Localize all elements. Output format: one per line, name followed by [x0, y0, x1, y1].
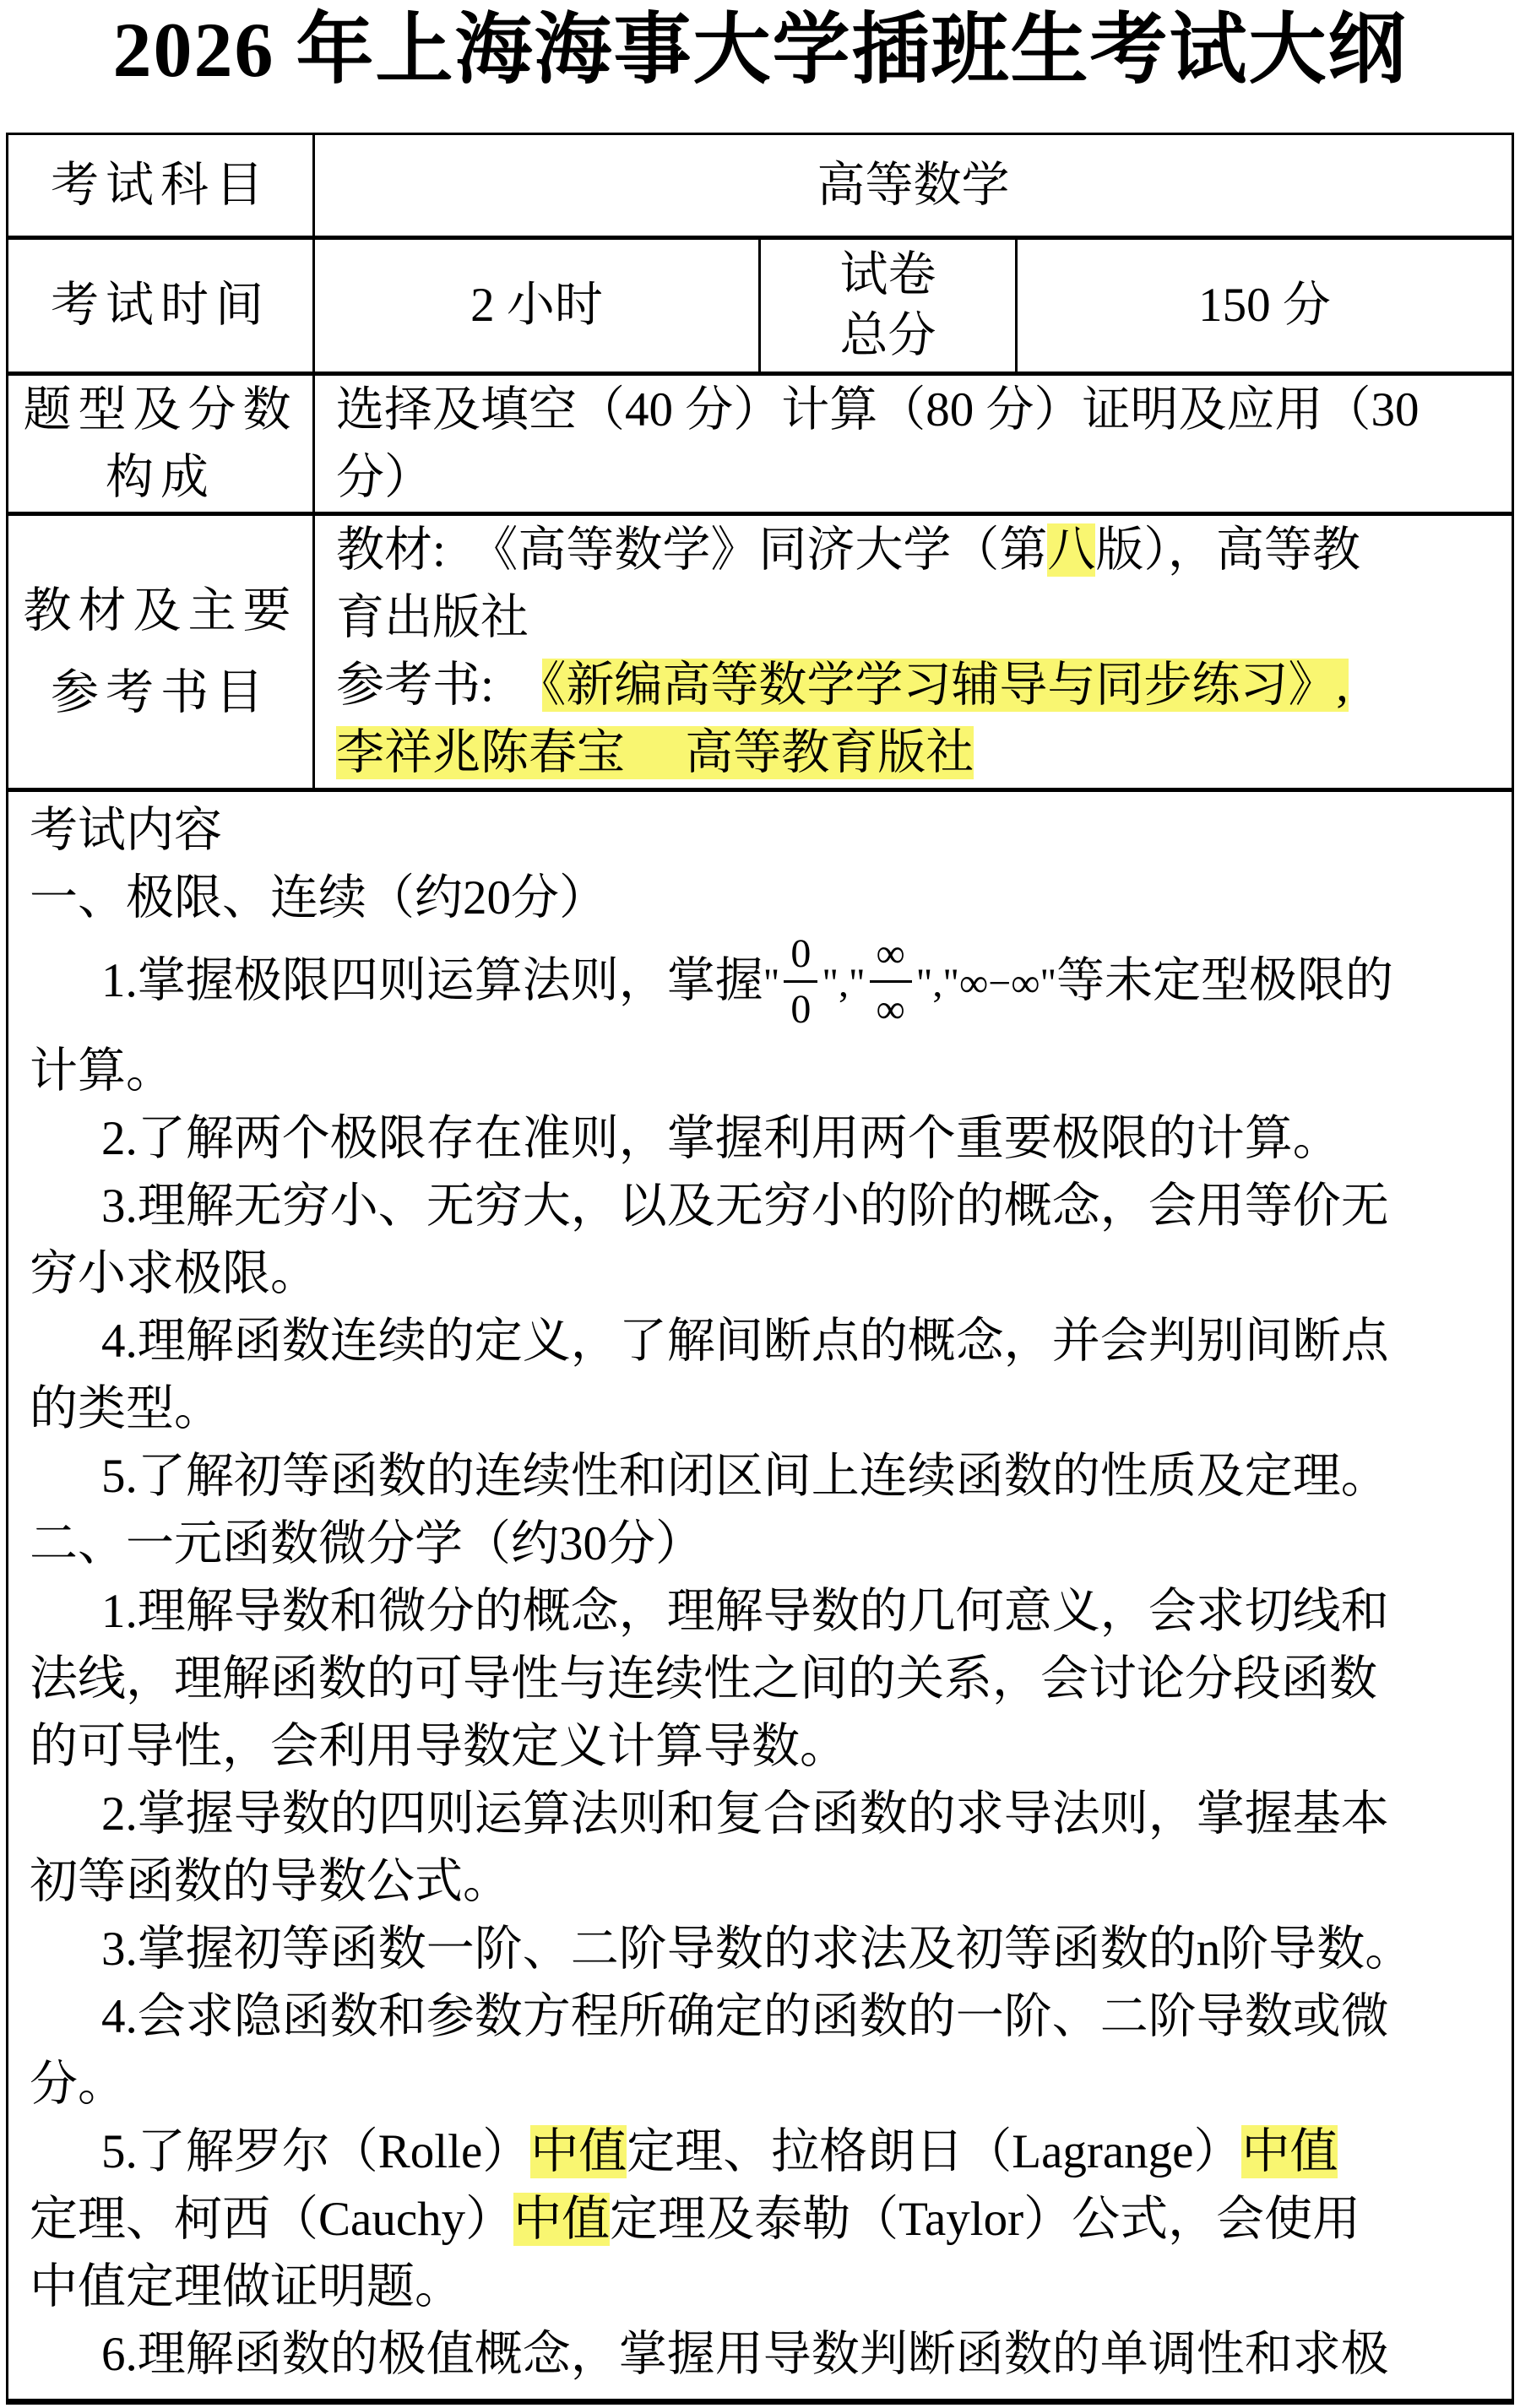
- text-line: 教材: 《高等数学》同济大学（第八版），高等教: [315, 517, 1512, 584]
- text-line: 的可导性，会利用导数定义计算导数。: [8, 1713, 1512, 1781]
- fraction: 00: [784, 929, 817, 1034]
- materials-value: 教材: 《高等数学》同济大学（第八版），高等教育出版社参考书: 《新编高等数学学…: [315, 516, 1512, 788]
- text-run: 等未定型极限的: [1056, 954, 1393, 1007]
- total-score-label: 试卷 总分: [761, 240, 1018, 372]
- text-run: 初等函数的导数公式。: [30, 1855, 511, 1908]
- text-line: 4.理解函数连续的定义，了解间断点的概念，并会判别间断点: [8, 1308, 1512, 1375]
- table-row-materials: 教材及主要 参考书目 教材: 《高等数学》同济大学（第八版），高等教育出版社参考…: [8, 512, 1512, 788]
- text-line: 计算。: [8, 1038, 1512, 1105]
- math-text: ": [763, 961, 780, 1006]
- text-line: 中值定理做证明题。: [8, 2253, 1512, 2321]
- text-line: 分。: [8, 2051, 1512, 2118]
- text-run: 定理、拉格朗日（Lagrange）: [627, 2125, 1241, 2178]
- text-run: 3.理解无穷小、无穷大，以及无穷小的阶的概念，会用等价无: [101, 1180, 1389, 1233]
- text-line: 分）: [315, 444, 1512, 512]
- text-run: 的类型。: [30, 1382, 222, 1435]
- text-run: 中值定理做证明题。: [30, 2260, 463, 2313]
- text-line: 1.理解导数和微分的概念，理解导数的几何意义，会求切线和: [8, 1578, 1512, 1646]
- table-row-exam-content: 考试内容一、极限、连续（约20分）1.掌握极限四则运算法则，掌握"00","∞∞…: [8, 788, 1512, 2399]
- text-line: 穷小求极限。: [8, 1240, 1512, 1308]
- text-run: 5.了解初等函数的连续性和闭区间上连续函数的性质及定理。: [101, 1450, 1389, 1503]
- text-run: 3.掌握初等函数一阶、二阶导数的求法及初等函数的n阶导数。: [101, 1923, 1413, 1976]
- exam-subject-value: 高等数学: [315, 135, 1512, 236]
- text-line: 二、一元函数微分学（约30分）: [8, 1510, 1512, 1578]
- text-line: 3.理解无穷小、无穷大，以及无穷小的阶的概念，会用等价无: [8, 1173, 1512, 1240]
- table-row-duration: 考试时间 2 小时 试卷 总分 150 分: [8, 236, 1512, 372]
- highlighted-text: 中值: [1241, 2125, 1338, 2178]
- text-line: 育出版社: [315, 584, 1512, 652]
- syllabus-table: 考试科目 高等数学 考试时间 2 小时 试卷 总分 150 分 题型及分数 构成…: [6, 133, 1514, 2405]
- text-line: 初等函数的导数公式。: [8, 1848, 1512, 1916]
- text-line: 1.掌握极限四则运算法则，掌握"00","∞∞","∞−∞"等未定型极限的: [8, 932, 1512, 1038]
- text-run: 考试内容: [30, 804, 222, 857]
- text-run: 计算。: [30, 1044, 174, 1098]
- text-line: 的类型。: [8, 1375, 1512, 1443]
- question-types-value: 选择及填空（40 分）计算（80 分）证明及应用（30分）: [315, 376, 1512, 512]
- total-score-value: 150 分: [1018, 240, 1512, 372]
- text-run: 4.理解函数连续的定义，了解间断点的概念，并会判别间断点: [101, 1315, 1389, 1368]
- text-run: 的可导性，会利用导数定义计算导数。: [30, 1720, 848, 1773]
- highlighted-text: 中值: [513, 2193, 610, 2246]
- table-row-subject: 考试科目 高等数学: [8, 135, 1512, 236]
- fraction: ∞∞: [870, 929, 912, 1034]
- text-line: 6.理解函数的极值概念，掌握用导数判断函数的单调性和求极: [8, 2321, 1512, 2389]
- text-run: 选择及填空（40 分）计算（80 分）证明及应用（30: [336, 383, 1420, 437]
- exam-duration-value: 2 小时: [315, 240, 761, 372]
- text-run: 1.掌握极限四则运算法则，掌握: [101, 954, 763, 1007]
- question-types-label: 题型及分数 构成: [8, 376, 315, 512]
- math-text: ",": [822, 961, 865, 1006]
- text-run: 分）: [336, 451, 432, 504]
- highlighted-text: 中值: [530, 2125, 627, 2178]
- exam-subject-label: 考试科目: [8, 135, 315, 236]
- text-run: 育出版社: [336, 591, 529, 644]
- text-run: 分。: [30, 2058, 126, 2111]
- text-line: 3.掌握初等函数一阶、二阶导数的求法及初等函数的n阶导数。: [8, 1916, 1512, 1983]
- highlighted-text: 八: [1047, 523, 1095, 577]
- text-run: 教材: 《高等数学》同济大学（第: [336, 523, 1047, 577]
- text-line: 2.了解两个极限存在准则，掌握利用两个重要极限的计算。: [8, 1105, 1512, 1173]
- table-row-question-types: 题型及分数 构成 选择及填空（40 分）计算（80 分）证明及应用（30分）: [8, 372, 1512, 512]
- materials-label: 教材及主要 参考书目: [8, 516, 315, 788]
- exam-duration-label: 考试时间: [8, 240, 315, 372]
- text-line: 一、极限、连续（约20分）: [8, 865, 1512, 932]
- exam-content-section: 考试内容一、极限、连续（约20分）1.掌握极限四则运算法则，掌握"00","∞∞…: [8, 792, 1512, 2389]
- text-run: 1.理解导数和微分的概念，理解导数的几何意义，会求切线和: [101, 1585, 1389, 1638]
- text-line: 选择及填空（40 分）计算（80 分）证明及应用（30: [315, 377, 1512, 444]
- text-line: 法线，理解函数的可导性与连续性之间的关系，会讨论分段函数: [8, 1646, 1512, 1713]
- text-run: 5.了解罗尔（Rolle）: [101, 2125, 530, 2178]
- text-run: 二、一元函数微分学（约30分）: [30, 1517, 703, 1570]
- text-line: 5.了解罗尔（Rolle）中值定理、拉格朗日（Lagrange）中值: [8, 2118, 1512, 2186]
- page-title: 2026 年上海海事大学插班生考试大纲: [0, 0, 1520, 133]
- text-run: 定理及泰勒（Taylor）公式，会使用: [610, 2193, 1360, 2246]
- text-run: 穷小求极限。: [30, 1247, 318, 1300]
- text-line: 4.会求隐函数和参数方程所确定的函数的一阶、二阶导数或微: [8, 1983, 1512, 2051]
- text-run: 一、极限、连续（约20分）: [30, 871, 607, 925]
- text-line: 参考书: 《新编高等数学学习辅导与同步练习》,: [315, 652, 1512, 719]
- text-run: 2.了解两个极限存在准则，掌握利用两个重要极限的计算。: [101, 1112, 1341, 1165]
- text-run: 6.理解函数的极值概念，掌握用导数判断函数的单调性和求极: [101, 2328, 1389, 2381]
- text-run: 参考书:: [336, 659, 542, 712]
- text-run: 法线，理解函数的可导性与连续性之间的关系，会讨论分段函数: [30, 1652, 1377, 1706]
- text-line: 李祥兆陈春宝 高等教育版社: [315, 719, 1512, 787]
- text-run: 4.会求隐函数和参数方程所确定的函数的一阶、二阶导数或微: [101, 1990, 1389, 2043]
- text-line: 考试内容: [8, 797, 1512, 865]
- text-run: 版），高等教: [1095, 523, 1360, 577]
- text-line: 5.了解初等函数的连续性和闭区间上连续函数的性质及定理。: [8, 1443, 1512, 1510]
- highlighted-text: 李祥兆陈春宝 高等教育版社: [336, 726, 974, 779]
- highlighted-text: 《新编高等数学学习辅导与同步练习》,: [542, 659, 1349, 712]
- text-run: 定理、柯西（Cauchy）: [30, 2193, 513, 2246]
- text-line: 2.掌握导数的四则运算法则和复合函数的求导法则，掌握基本: [8, 1781, 1512, 1848]
- text-line: 定理、柯西（Cauchy）中值定理及泰勒（Taylor）公式，会使用: [8, 2186, 1512, 2253]
- math-text: ","∞−∞": [916, 961, 1056, 1006]
- text-run: 2.掌握导数的四则运算法则和复合函数的求导法则，掌握基本: [101, 1787, 1389, 1841]
- document-page: 2026 年上海海事大学插班生考试大纲 考试科目 高等数学 考试时间 2 小时 …: [0, 0, 1520, 2408]
